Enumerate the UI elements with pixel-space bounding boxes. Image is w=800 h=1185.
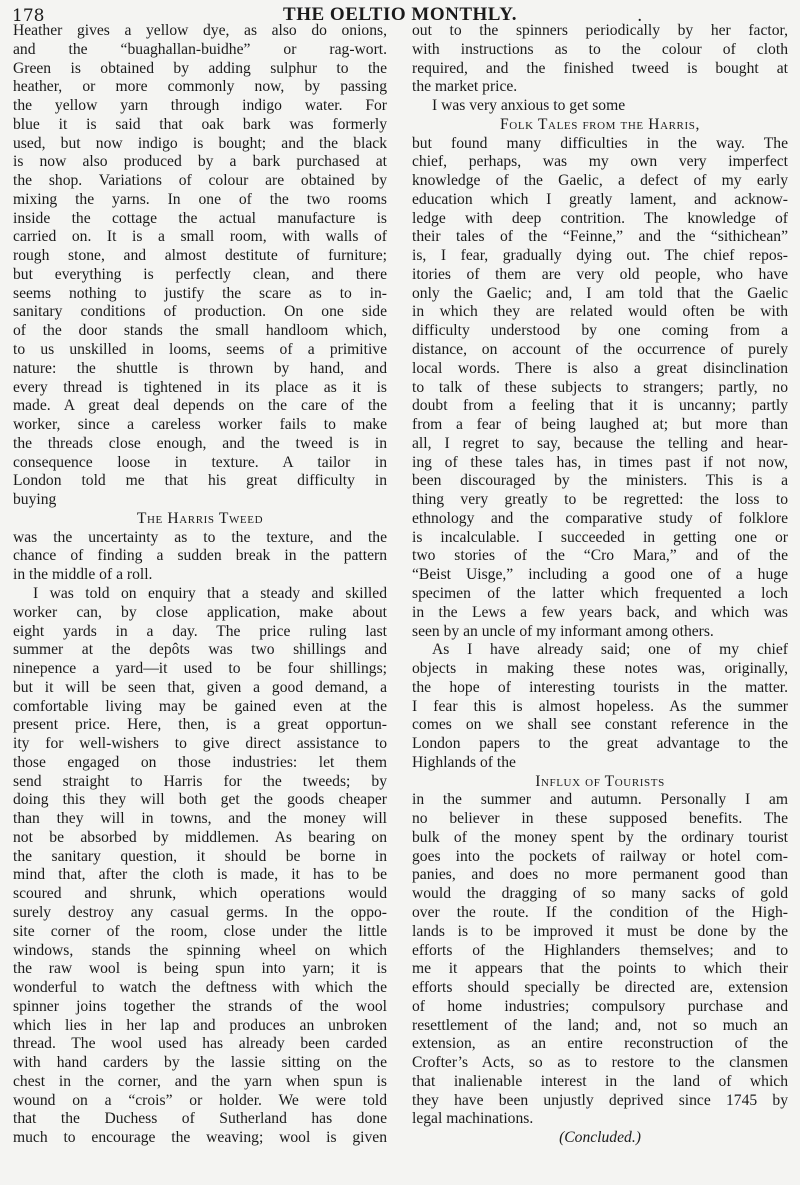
text-line: surely destroy any casual germs. In the … [13,904,387,923]
text-line: consequence loose in texture. A tailor i… [13,454,387,473]
text-line: the hope of interesting tourists in the … [412,679,788,698]
right-column: out to the spinners periodically by her … [412,22,788,1148]
text-line: Highlands of the [412,754,788,773]
text-line: rough stone, and almost destitute of fur… [13,247,387,266]
text-line: Crofter’s Acts, so as to restore to the … [412,1054,788,1073]
text-line: wonderful to watch the deftness with whi… [13,979,387,998]
text-line: carried on. It is a small room, with wal… [13,228,387,247]
text-line: distance, on account of the occurrence o… [412,341,788,360]
text-line: I was very anxious to get some [412,97,788,116]
text-line: made. A great deal depends on the care o… [13,397,387,416]
text-line: much to encourage the weaving; wool is g… [13,1129,387,1148]
text-line: would the dragging of so many sacks of g… [412,885,788,904]
text-line: knowledge of the Gaelic, a defect of my … [412,172,788,191]
text-line: every thread is tightened in its place a… [13,379,387,398]
text-line: heather, or more commonly now, by passin… [13,78,387,97]
text-line: seen by an uncle of my informant among o… [412,623,788,642]
text-line: specimen of the latter which frequented … [412,585,788,604]
text-line: out to the spinners periodically by her … [412,22,788,41]
text-line: of the door stands the small handloom wh… [13,322,387,341]
text-line: summer at the depôts was two shillings a… [13,641,387,660]
text-line: scoured and shrunk, which operations wou… [13,885,387,904]
text-line: only the Gaelic; and, I am told that the… [412,285,788,304]
text-line: eight yards in a day. The price ruling l… [13,623,387,642]
text-line: inside the cottage the actual manufactur… [13,210,387,229]
text-line: ledge with deep contrition. The knowledg… [412,210,788,229]
text-line: London papers to the great advantage to … [412,735,788,754]
text-line: the yellow yarn through indigo water. Fo… [13,97,387,116]
text-line: that inalienable interest in the land of… [412,1073,788,1092]
text-line: Green is obtained by adding sulphur to t… [13,60,387,79]
text-line: me it appears that the points to which t… [412,960,788,979]
text-line: was the uncertainty as to the texture, a… [13,529,387,548]
text-line: thread. The wool used has already been c… [13,1035,387,1054]
text-line: with hand carders by the lassie sitting … [13,1054,387,1073]
text-line: two stories of the “Cro Mara,” and of th… [412,547,788,566]
text-line: blue it is said that oak bark was former… [13,116,387,135]
text-line: they have been unjustly deprived since 1… [412,1092,788,1111]
text-line: been discouraged by the ministers. This … [412,472,788,491]
text-line: mind that, after the cloth is made, it h… [13,866,387,885]
text-line: local words. There is also a great disin… [412,360,788,379]
text-line: over the route. If the condition of the … [412,904,788,923]
text-line: the shop. Variations of colour are obtai… [13,172,387,191]
text-line: doubt from a feeling that it is uncanny;… [412,397,788,416]
text-line: in the Lews a few years back, and which … [412,604,788,623]
text-line: chief, perhaps, was my own very imperfec… [412,153,788,172]
text-line: mixing the yarns. In one of the two room… [13,191,387,210]
text-line: I fear this is almost hopeless. As the s… [412,698,788,717]
text-line: in the summer and autumn. Personally I a… [412,791,788,810]
text-line: extension, as an entire reconstruction o… [412,1035,788,1054]
text-line: goes into the pockets of railway or hote… [412,848,788,867]
text-line: lands is to be improved it must be done … [412,923,788,942]
text-line: than they will in towns, and the money w… [13,810,387,829]
text-line: efforts of the Highlanders themselves; a… [412,942,788,961]
text-line: send straight to Harris for the tweeds; … [13,773,387,792]
text-line: all, I regret to say, because the tellin… [412,435,788,454]
text-line: spinner joins together the strands of th… [13,998,387,1017]
text-line: bulk of the money spent by the ordinary … [412,829,788,848]
text-line: thing very greatly to be regretted: the … [412,491,788,510]
text-line: worker, since a careless worker fails to… [13,416,387,435]
text-line: buying [13,491,387,510]
text-line: the raw wool is being spun into yarn; it… [13,960,387,979]
text-line: the sanitary question, it should be born… [13,848,387,867]
text-line: resettlement of the land; and, not so mu… [412,1017,788,1036]
section-heading: Folk Tales from the Harris, [412,116,788,135]
text-line: in the middle of a roll. [13,566,387,585]
text-line: As I have already said; one of my chief [412,641,788,660]
text-line: required, and the finished tweed is boug… [412,60,788,79]
concluded-note: (Concluded.) [412,1129,788,1148]
text-line: doing this they will both get the goods … [13,791,387,810]
text-line: wound on a “crois” or holder. We were to… [13,1092,387,1111]
text-line: comes on we shall see constant reference… [412,716,788,735]
text-line: that the Duchess of Sutherland has done [13,1110,387,1129]
text-line: site corner of the room, close under the… [13,923,387,942]
text-line: is now also produced by a bark purchased… [13,153,387,172]
text-line: chest in the corner, and the yarn when s… [13,1073,387,1092]
text-line: their tales of the “Feinne,” and the “si… [412,228,788,247]
text-line: is, I fear, gradually dying out. The chi… [412,247,788,266]
text-line: those engaged on those industries: let t… [13,754,387,773]
text-line: of home industries; compulsory purchase … [412,998,788,1017]
text-line: no believer in these supposed benefits. … [412,810,788,829]
text-line: is incalculable. I succeeded in getting … [412,529,788,548]
text-line: comfortable living may be gained even at… [13,698,387,717]
text-line: windows, stands the spinning wheel on wh… [13,942,387,961]
text-line: from a fear of being laughed at; but mor… [412,416,788,435]
text-line: to talk of these subjects to strangers; … [412,379,788,398]
left-column: Heather gives a yellow dye, as also do o… [13,22,387,1148]
section-heading: The Harris Tweed [13,510,387,529]
text-line: in which they are related would often be… [412,303,788,322]
text-line: ninepence a yard—it used to be four shil… [13,660,387,679]
text-line: which lies in her lap and produces an un… [13,1017,387,1036]
text-line: chance of finding a sudden break in the … [13,547,387,566]
text-line: with instructions as to the colour of cl… [412,41,788,60]
text-line: Heather gives a yellow dye, as also do o… [13,22,387,41]
text-line: and the “buaghallan-buidhe” or rag-wort. [13,41,387,60]
text-line: I was told on enquiry that a steady and … [13,585,387,604]
text-line: sanitary conditions of production. On on… [13,303,387,322]
text-line: the threads close enough, and the tweed … [13,435,387,454]
section-heading: Influx of Tourists [412,773,788,792]
text-line: ity for well-wishers to give direct assi… [13,735,387,754]
text-line: used, but now indigo is bought; and the … [13,135,387,154]
magazine-page: 178 THE OELTIO MONTHLY. . Heather gives … [0,0,800,1185]
text-line: “Beist Uisge,” including a good one of a… [412,566,788,585]
text-line: but found many difficulties in the way. … [412,135,788,154]
text-line: to us unskilled in looms, seems of a pri… [13,341,387,360]
text-line: panies, and does no more permanent good … [412,866,788,885]
text-line: seems nothing to justify the scare as to… [13,285,387,304]
text-line: difficulty understood by one coming from… [412,322,788,341]
text-line: efforts should specially be directed are… [412,979,788,998]
text-line: the market price. [412,78,788,97]
text-line: but everything is perfectly clean, and t… [13,266,387,285]
text-line: education which I greatly lament, and ac… [412,191,788,210]
text-line: ethnology and the comparative study of f… [412,510,788,529]
text-line: worker can, by close application, make a… [13,604,387,623]
text-line: not be absorbed by middlemen. As bearing… [13,829,387,848]
text-line: present price. Here, then, is a great op… [13,716,387,735]
text-line: ing of these tales has, in times past if… [412,454,788,473]
text-line: London told me that his great difficulty… [13,472,387,491]
text-line: but it will be seen that, given a good d… [13,679,387,698]
text-line: objects in making these notes was, origi… [412,660,788,679]
text-line: nature: the shuttle is thrown by hand, a… [13,360,387,379]
text-line: legal machinations. [412,1110,788,1129]
text-line: itories of them are very old people, who… [412,266,788,285]
